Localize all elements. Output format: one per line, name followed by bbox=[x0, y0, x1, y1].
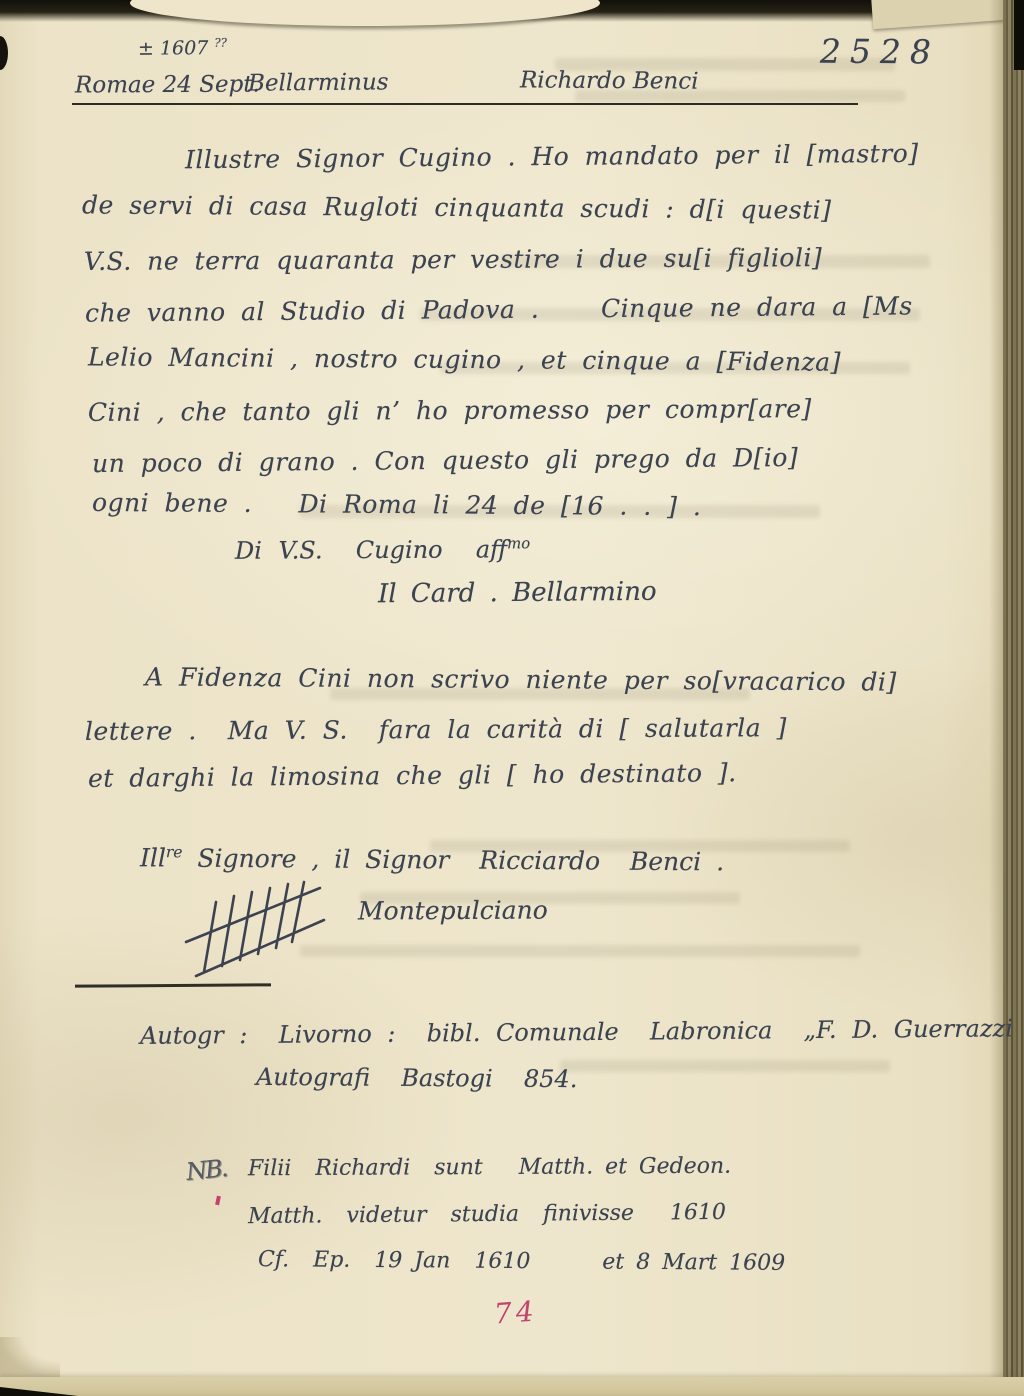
manuscript-letter-scan: ± 1607 ?? 2528 Romae 24 Sept. Bellarminu… bbox=[0, 0, 1024, 1396]
postscript-line: A Fidenza Cini non scrivo niente per so[… bbox=[145, 662, 897, 696]
valediction-superscript: mo bbox=[507, 534, 530, 552]
cancellation-hatch-icon bbox=[178, 880, 328, 985]
letter-line: un poco di grano . Con questo gli prego … bbox=[92, 443, 798, 478]
letter-line: Cini , che tanto gli n’ ho promesso per … bbox=[88, 394, 812, 427]
nb-mark: NB. bbox=[185, 1154, 228, 1186]
note-line: Filii Richardi sunt Matth. et Gedeon. bbox=[248, 1154, 731, 1182]
book-binding-edge bbox=[1003, 0, 1024, 1378]
red-tick-mark bbox=[215, 1196, 221, 1206]
provenance-line: Autogr : Livorno : bibl. Comunale Labron… bbox=[140, 1014, 1024, 1050]
date-query-marks: ?? bbox=[214, 36, 227, 50]
letter-line: ogni bene . Di Roma li 24 de [16 . . ] . bbox=[92, 488, 702, 521]
note-line: Matth. videtur studia finivisse 1610 bbox=[248, 1200, 726, 1229]
letter-line: Lelio Mancini , nostro cugino , et cinqu… bbox=[88, 342, 841, 376]
date-estimate-text: ± 1607 bbox=[138, 37, 209, 60]
signature: Il Card . Bellarmino bbox=[378, 577, 657, 609]
page-curl bbox=[130, 0, 600, 26]
folio-number: 74 bbox=[493, 1295, 539, 1331]
header-sender: Bellarminus bbox=[248, 69, 389, 96]
letter-line: de servi di casa Rugloti cinquanta scudi… bbox=[82, 190, 832, 224]
catalog-number: 2528 bbox=[820, 32, 940, 72]
postscript-line: et darghi la limosina che gli [ ho desti… bbox=[88, 758, 737, 793]
scan-edge-blemish bbox=[0, 36, 8, 70]
address-city: Montepulciano bbox=[358, 896, 548, 926]
binding-shadow bbox=[989, 0, 1003, 1378]
header-place-date: Romae 24 Sept. bbox=[75, 72, 260, 99]
separator-rule bbox=[75, 983, 271, 987]
header-underline bbox=[72, 103, 858, 105]
valediction: Di V.S. Cugino affmo bbox=[235, 534, 530, 565]
bleedthrough-text bbox=[560, 1060, 890, 1072]
letter-line: che vanno al Studio di Padova . Cinque n… bbox=[85, 291, 913, 327]
address-abbrev-superscript: re bbox=[166, 843, 183, 861]
valediction-text: Di V.S. Cugino aff bbox=[235, 535, 507, 564]
letter-line: V.S. ne terra quaranta per vestire i due… bbox=[84, 243, 822, 276]
letter-line: Illustre Signor Cugino . Ho mandato per … bbox=[185, 139, 919, 174]
address-abbrev: Ill bbox=[140, 843, 166, 872]
header-recipient: Richardo Benci bbox=[520, 67, 699, 94]
bleedthrough-text bbox=[300, 945, 860, 957]
address-line: Illre Signore , il Signor Ricciardo Benc… bbox=[140, 843, 724, 876]
note-line: Cf. Ep. 19 Jan 1610 et 8 Mart 1609 bbox=[258, 1247, 785, 1276]
address-rest: Signore , il Signor Ricciardo Benci . bbox=[182, 844, 724, 877]
date-estimate: ± 1607 ?? bbox=[138, 36, 227, 60]
postscript-line: lettere . Ma V. S. fara la carità di [ s… bbox=[85, 713, 787, 746]
scan-edge-bottom bbox=[0, 1377, 1024, 1396]
scan-edge-corner bbox=[1014, 0, 1024, 70]
page-corner-shadow bbox=[0, 1337, 60, 1377]
provenance-line: Autografi Bastogi 854. bbox=[256, 1063, 578, 1093]
